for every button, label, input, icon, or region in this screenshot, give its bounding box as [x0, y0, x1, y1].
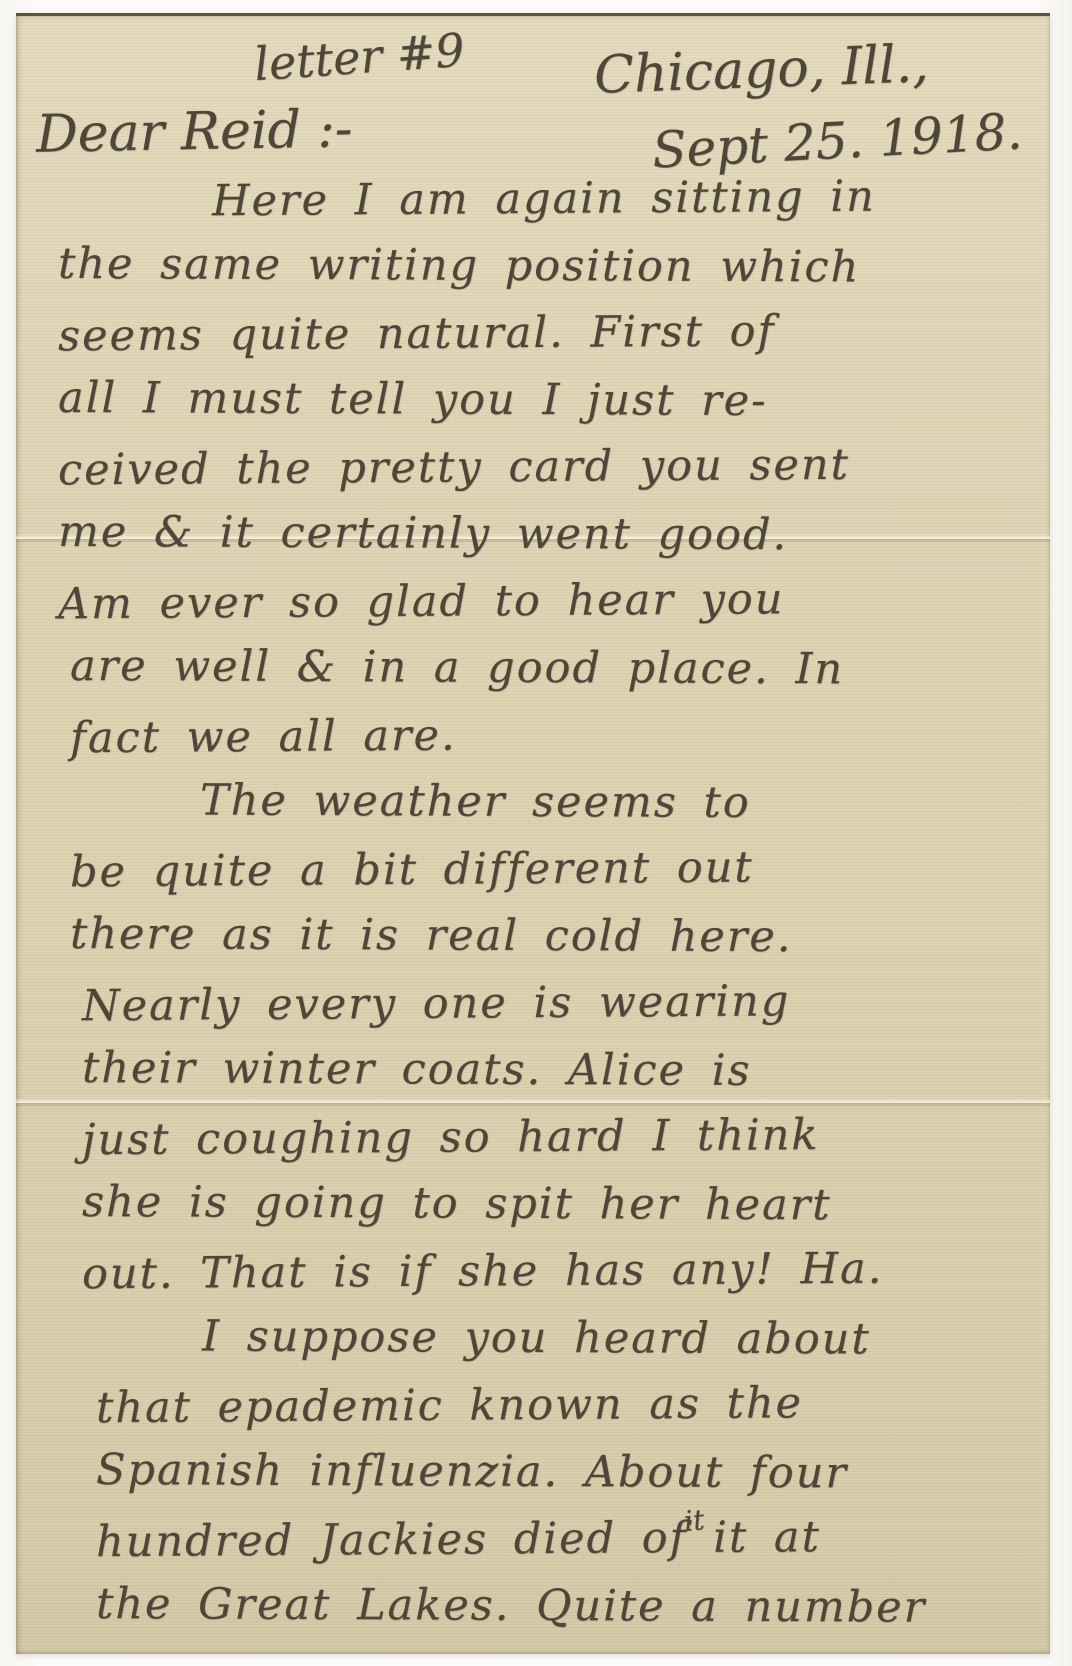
- body-line: Am ever so glad to hear you: [16, 564, 1050, 638]
- body-line: the Great Lakes. Quite a number: [54, 1571, 1050, 1642]
- body-line: Nearly every one is wearing: [40, 966, 1050, 1040]
- body-line: seems quite natural. First of: [16, 296, 1050, 370]
- body-line: all I must tell you I just re-: [16, 365, 1050, 437]
- scan-background: letter #9 Chicago, Ill., Sept 25. 1918. …: [0, 0, 1072, 1666]
- interlinear-insertion: it: [682, 1503, 706, 1538]
- body-line: Here I am again sitting in: [16, 162, 1050, 236]
- body-line: ceived the pretty card you sent: [16, 430, 1050, 504]
- body-line: the same writing position which: [16, 231, 1050, 303]
- letter-paper: letter #9 Chicago, Ill., Sept 25. 1918. …: [16, 13, 1050, 1654]
- body-line: be quite a bit different out: [28, 832, 1050, 906]
- letter-body: Here I am again sitting in the same writ…: [16, 166, 1050, 1640]
- body-line: that epademic known as the: [54, 1369, 1050, 1443]
- body-line: she is going to spit her heart: [40, 1169, 1050, 1240]
- dateline-location: Chicago, Ill.,: [593, 34, 929, 106]
- salutation: Dear Reid :-: [36, 99, 353, 165]
- body-line: hundred Jackies died of it at: [54, 1503, 1050, 1577]
- body-line: me & it certainly went good.: [16, 499, 1050, 571]
- body-line: out. That is if she has any! Ha.: [40, 1234, 1050, 1308]
- body-line: The weather seems to: [28, 767, 1050, 838]
- body-line: I suppose you heard about: [54, 1303, 1050, 1374]
- body-line: just coughing so hard I think: [40, 1100, 1050, 1174]
- body-line: fact we all are.: [28, 698, 1050, 772]
- letter-number-annotation: letter #9: [252, 23, 466, 92]
- body-line: Spanish influenzia. About four: [54, 1437, 1050, 1508]
- body-line: there as it is real cold here.: [28, 901, 1050, 972]
- body-line: are well & in a good place. In: [28, 633, 1050, 704]
- body-line: their winter coats. Alice is: [40, 1035, 1050, 1106]
